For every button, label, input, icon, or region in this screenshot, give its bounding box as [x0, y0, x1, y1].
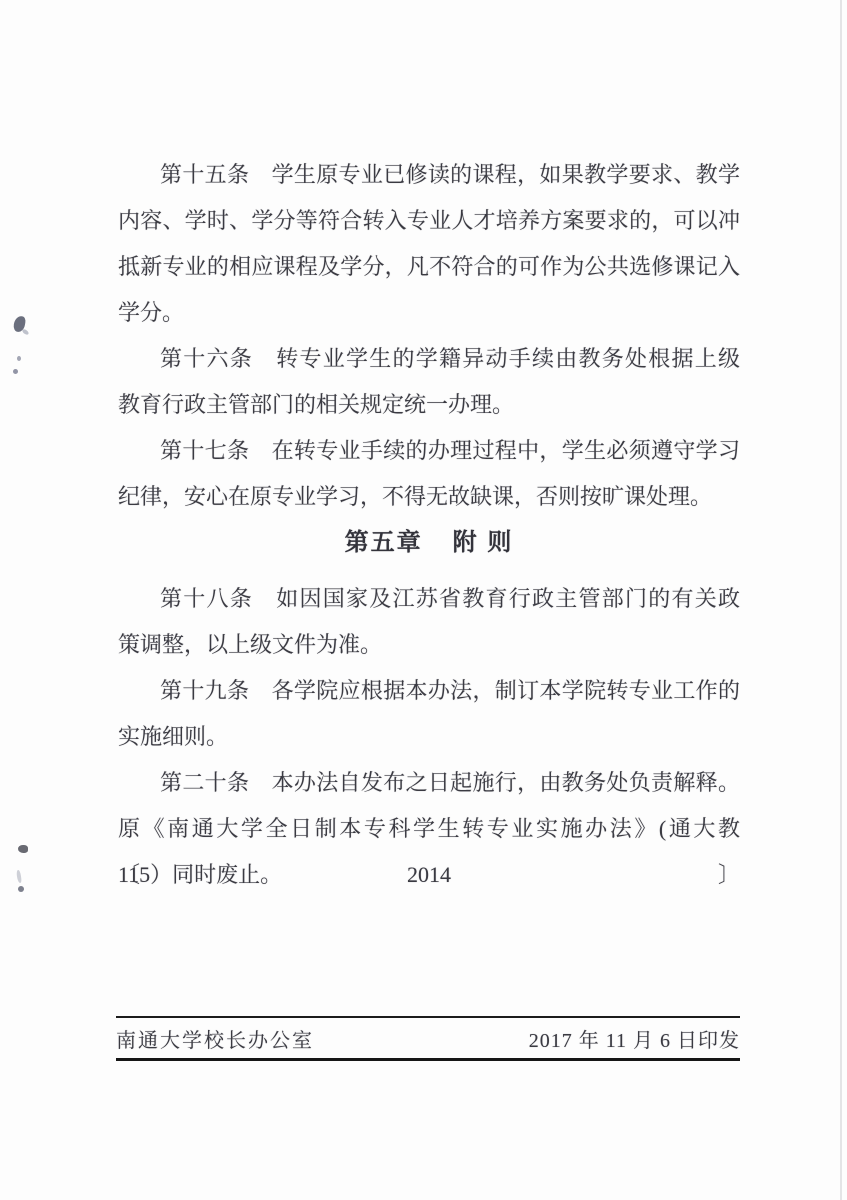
body-line: 第二十条 本办法自发布之日起施行，由教务处负责解释。	[118, 760, 740, 806]
chapter-5-heading: 第五章附 则	[118, 520, 740, 566]
ink-smudge	[21, 328, 29, 335]
body-line: 纪律，安心在原专业学习，不得无故缺课，否则按旷课处理。	[118, 474, 740, 520]
body-line: 策调整，以上级文件为准。	[118, 622, 740, 668]
body-line: 第十八条 如因国家及江苏省教育行政主管部门的有关政	[118, 576, 740, 622]
paragraph-article-18: 第十八条 如因国家及江苏省教育行政主管部门的有关政 策调整，以上级文件为准。	[118, 576, 740, 668]
scan-edge-line	[840, 0, 842, 1200]
paragraph-article-20: 第二十条 本办法自发布之日起施行，由教务处负责解释。 原《南通大学全日制本专科学…	[118, 760, 740, 898]
body-line: 学分。	[118, 290, 740, 336]
paragraph-article-16: 第十六条 转专业学生的学籍异动手续由教务处根据上级 教育行政主管部门的相关规定统…	[118, 336, 740, 428]
body-line: 实施细则。	[118, 714, 740, 760]
body-line: 第十六条 转专业学生的学籍异动手续由教务处根据上级	[118, 336, 740, 382]
paragraph-article-15: 第十五条 学生原专业已修读的课程，如果教学要求、教学 内容、学时、学分等符合转入…	[118, 152, 740, 336]
document-footer: 南通大学校长办公室 2017 年 11 月 6 日印发	[116, 1016, 740, 1061]
document-body: 第十五条 学生原专业已修读的课程，如果教学要求、教学 内容、学时、学分等符合转入…	[118, 152, 740, 898]
scanned-document-page: 第十五条 学生原专业已修读的课程，如果教学要求、教学 内容、学时、学分等符合转入…	[0, 0, 847, 1200]
ink-smudge	[18, 845, 28, 853]
chapter-number: 第五章	[345, 529, 423, 556]
body-line: 教育行政主管部门的相关规定统一办理。	[118, 382, 740, 428]
issuing-office: 南通大学校长办公室	[116, 1024, 314, 1053]
body-line: 第十七条 在转专业手续的办理过程中，学生必须遵守学习	[118, 428, 740, 474]
ink-speck	[18, 886, 24, 892]
body-line: 第十五条 学生原专业已修读的课程，如果教学要求、教学	[118, 152, 740, 198]
print-date: 2017 年 11 月 6 日印发	[529, 1024, 740, 1053]
ink-speck	[17, 356, 21, 361]
chapter-title: 附 则	[453, 529, 514, 556]
ink-smudge	[16, 870, 22, 883]
paragraph-article-19: 第十九条 各学院应根据本办法，制订本学院转专业工作的 实施细则。	[118, 668, 740, 760]
body-line: 原《南通大学全日制本专科学生转专业实施办法》(通大教〔2014〕	[118, 806, 740, 852]
paragraph-article-17: 第十七条 在转专业手续的办理过程中，学生必须遵守学习 纪律，安心在原专业学习，不…	[118, 428, 740, 520]
body-line: 第十九条 各学院应根据本办法，制订本学院转专业工作的	[118, 668, 740, 714]
body-line: 抵新专业的相应课程及学分，凡不符合的可作为公共选修课记入	[118, 244, 740, 290]
ink-speck	[13, 369, 18, 374]
body-line: 内容、学时、学分等符合转入专业人才培养方案要求的，可以冲	[118, 198, 740, 244]
